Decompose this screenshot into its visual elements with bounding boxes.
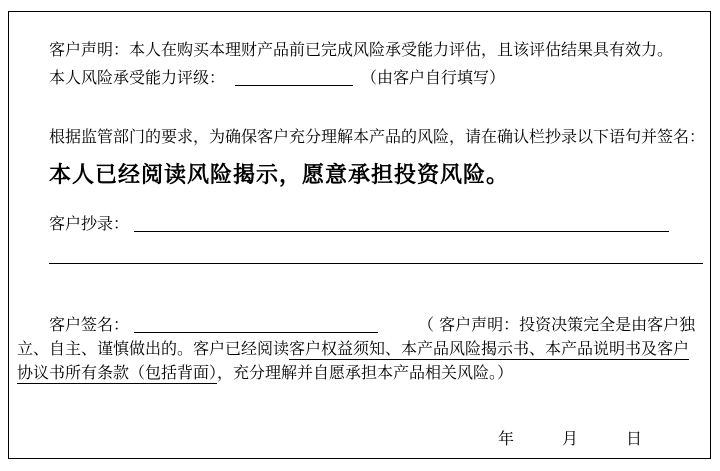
risk-statement-headline: 本人已经阅读风险揭示，愿意承担投资风险。 <box>49 162 509 188</box>
signature-label: 客户签名： <box>49 315 129 334</box>
signature-declaration-line3-close: ，充分理解并自愿承担本产品相关风险。） <box>217 363 513 382</box>
signature-line: 客户签名：（ 客户声明：投资决策完全是由客户独 <box>49 314 695 335</box>
signature-declaration-line2: 立、自主、谨慎做出的。客户已经阅读客户权益须知、本产品风险揭示书、本产品说明书及… <box>17 338 689 359</box>
risk-rating-label: 本人风险承受能力评级： <box>49 68 225 87</box>
regulator-instruction-text: 根据监管部门的要求，为确保客户充分理解本产品的风险，请在确认栏抄录以下语句并签名… <box>49 126 705 147</box>
signature-declaration-open: （ 客户声明：投资决策完全是由客户独 <box>418 315 695 334</box>
risk-rating-note: （由客户自行填写） <box>361 68 505 87</box>
document-page: 客户声明：本人在购买本理财产品前已完成风险承受能力评估，且该评估结果具有效力。 … <box>0 0 720 471</box>
signature-declaration-line2-plain: 立、自主、谨慎做出的。客户已经阅读 <box>17 339 289 358</box>
risk-rating-blank[interactable] <box>235 69 353 86</box>
transcription-label: 客户抄录： <box>49 214 129 233</box>
signature-declaration-line3: 协议书所有条款（包括背面），充分理解并自愿承担本产品相关风险。） <box>17 362 513 383</box>
date-day-label: 日 <box>626 428 642 449</box>
signature-declaration-line3-underlined: 协议书所有条款（包括背面） <box>17 363 217 384</box>
date-year-label: 年 <box>498 428 514 449</box>
form-border-box: 客户声明：本人在购买本理财产品前已完成风险承受能力评估，且该评估结果具有效力。 … <box>8 11 711 459</box>
transcription-line: 客户抄录： <box>49 213 669 234</box>
customer-declaration-text: 客户声明：本人在购买本理财产品前已完成风险承受能力评估，且该评估结果具有效力。 <box>49 39 673 60</box>
transcription-blank-line2[interactable] <box>49 263 703 264</box>
signature-declaration-line2-underlined: 客户权益须知、本产品风险揭示书、本产品说明书及客户 <box>289 339 689 360</box>
date-line: 年 月 日 <box>498 428 642 449</box>
transcription-blank[interactable] <box>134 215 669 232</box>
date-month-label: 月 <box>562 428 578 449</box>
signature-blank[interactable] <box>134 316 378 333</box>
risk-rating-line: 本人风险承受能力评级：（由客户自行填写） <box>49 67 505 88</box>
